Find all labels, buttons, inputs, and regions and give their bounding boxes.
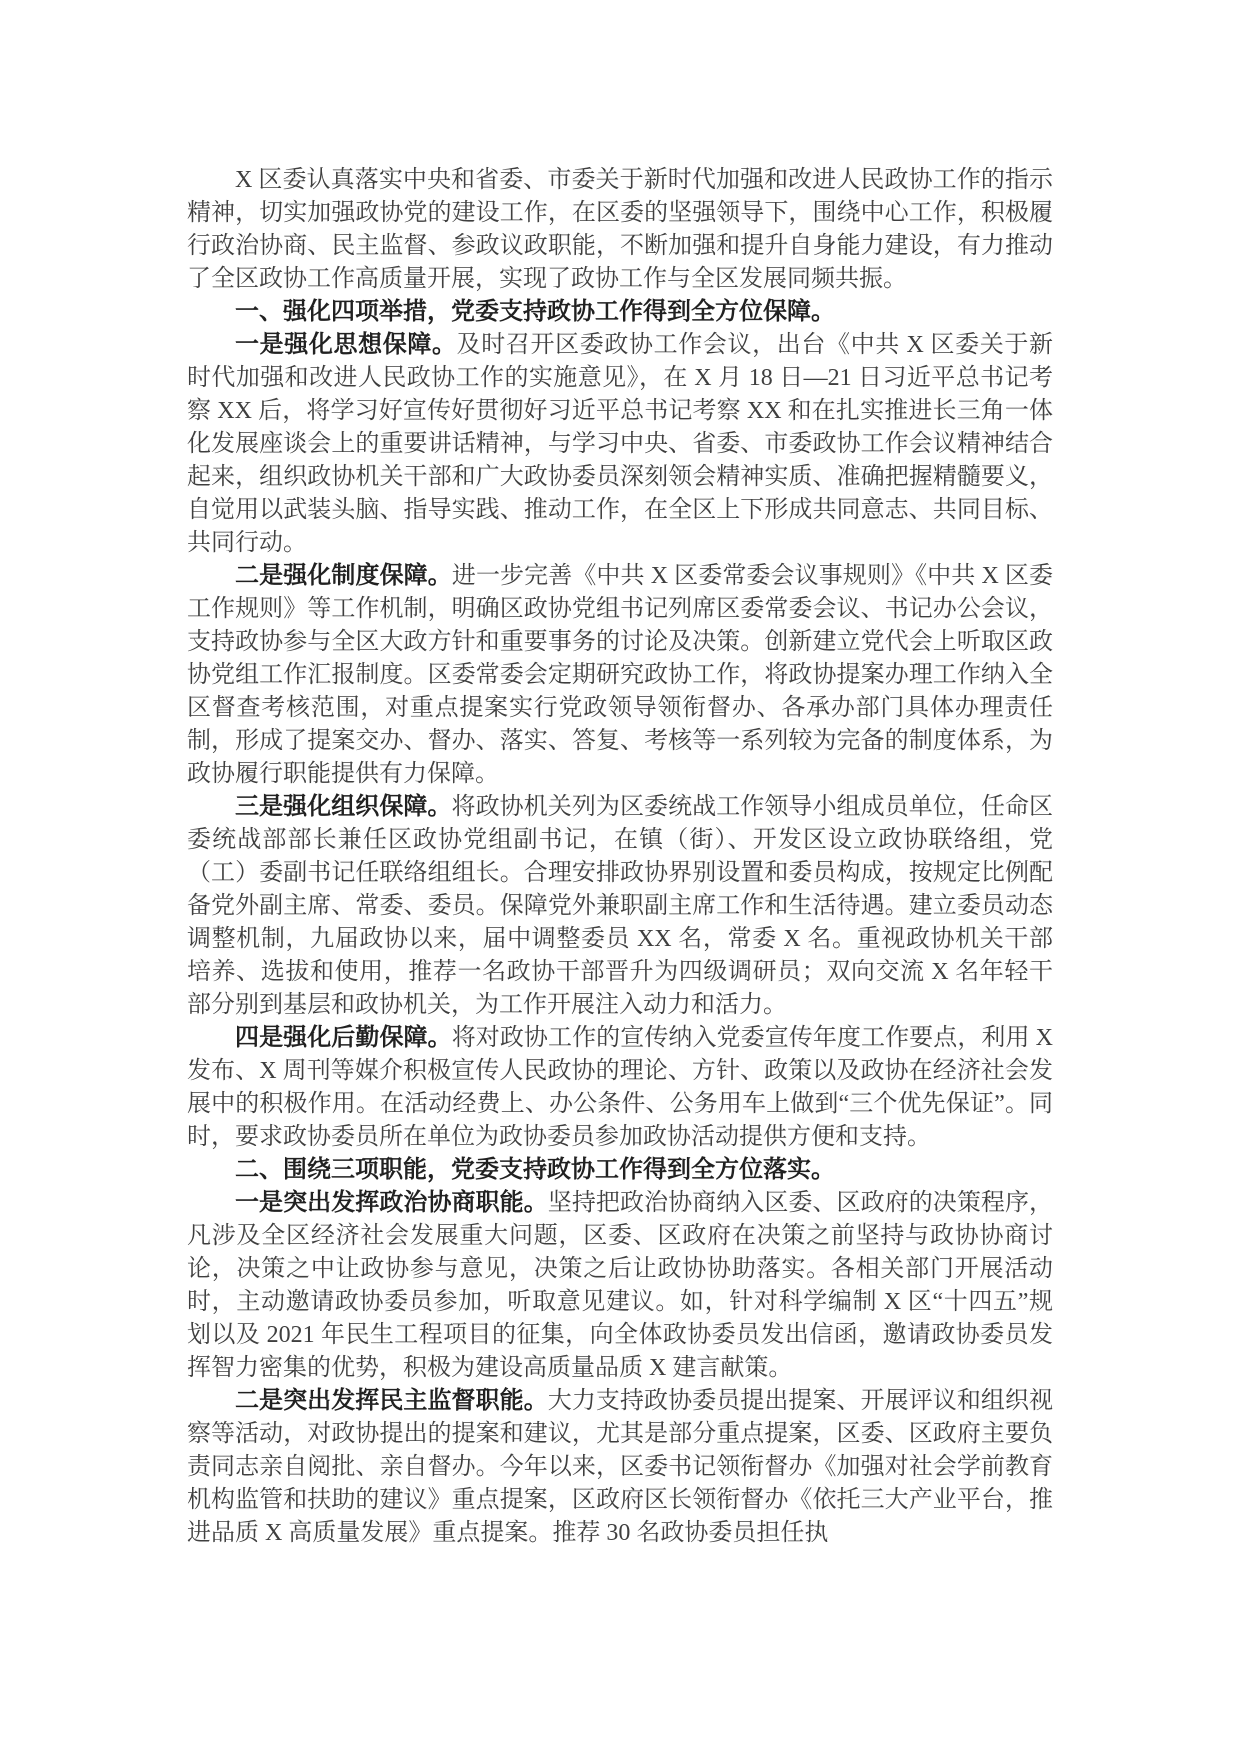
paragraph-logistics-guarantee: 四是强化后勤保障。将对政协工作的宣传纳入党委宣传年度工作要点，利用 X 发布、X…	[187, 1022, 1053, 1154]
paragraph-political-consultation: 一是突出发挥政治协商职能。坚持把政治协商纳入区委、区政府的决策程序，凡涉及全区经…	[187, 1187, 1053, 1385]
paragraph-democratic-supervision: 二是突出发挥民主监督职能。大力支持政协委员提出提案、开展评议和组织视察等活动，对…	[187, 1385, 1053, 1550]
paragraph-lead: 一是强化思想保障。	[235, 332, 457, 358]
paragraph-body: 坚持把政治协商纳入区委、区政府的决策程序，凡涉及全区经济社会发展重大问题，区委、…	[187, 1190, 1053, 1381]
paragraph-lead: 二是突出发挥民主监督职能。	[235, 1388, 548, 1414]
paragraph-institutional-guarantee: 二是强化制度保障。进一步完善《中共 X 区委常委会议事规则》《中共 X 区委工作…	[187, 560, 1053, 791]
paragraph-lead: 二是强化制度保障。	[235, 563, 452, 589]
paragraph-ideological-guarantee: 一是强化思想保障。及时召开区委政协工作会议，出台《中共 X 区委关于新时代加强和…	[187, 329, 1053, 560]
paragraph-intro: X 区委认真落实中央和省委、市委关于新时代加强和改进人民政协工作的指示精神，切实…	[187, 164, 1053, 296]
document-page: X 区委认真落实中央和省委、市委关于新时代加强和改进人民政协工作的指示精神，切实…	[0, 0, 1240, 1754]
paragraph-body: 将政协机关列为区委统战工作领导小组成员单位，任命区委统战部部长兼任区政协党组副书…	[187, 794, 1053, 1018]
paragraph-lead: 三是强化组织保障。	[235, 794, 452, 820]
paragraph-body: 及时召开区委政协工作会议，出台《中共 X 区委关于新时代加强和改进人民政协工作的…	[187, 332, 1053, 556]
paragraph-organizational-guarantee: 三是强化组织保障。将政协机关列为区委统战工作领导小组成员单位，任命区委统战部部长…	[187, 791, 1053, 1022]
paragraph-lead: 一是突出发挥政治协商职能。	[235, 1190, 548, 1216]
paragraph-lead: 四是强化后勤保障。	[235, 1025, 452, 1051]
paragraph-body: X 区委认真落实中央和省委、市委关于新时代加强和改进人民政协工作的指示精神，切实…	[187, 167, 1053, 292]
paragraph-body: 进一步完善《中共 X 区委常委会议事规则》《中共 X 区委工作规则》等工作机制，…	[187, 563, 1053, 787]
section-heading-2: 二、围绕三项职能，党委支持政协工作得到全方位落实。	[187, 1154, 1053, 1187]
section-heading-1: 一、强化四项举措，党委支持政协工作得到全方位保障。	[187, 296, 1053, 329]
document-content: X 区委认真落实中央和省委、市委关于新时代加强和改进人民政协工作的指示精神，切实…	[187, 164, 1053, 1550]
